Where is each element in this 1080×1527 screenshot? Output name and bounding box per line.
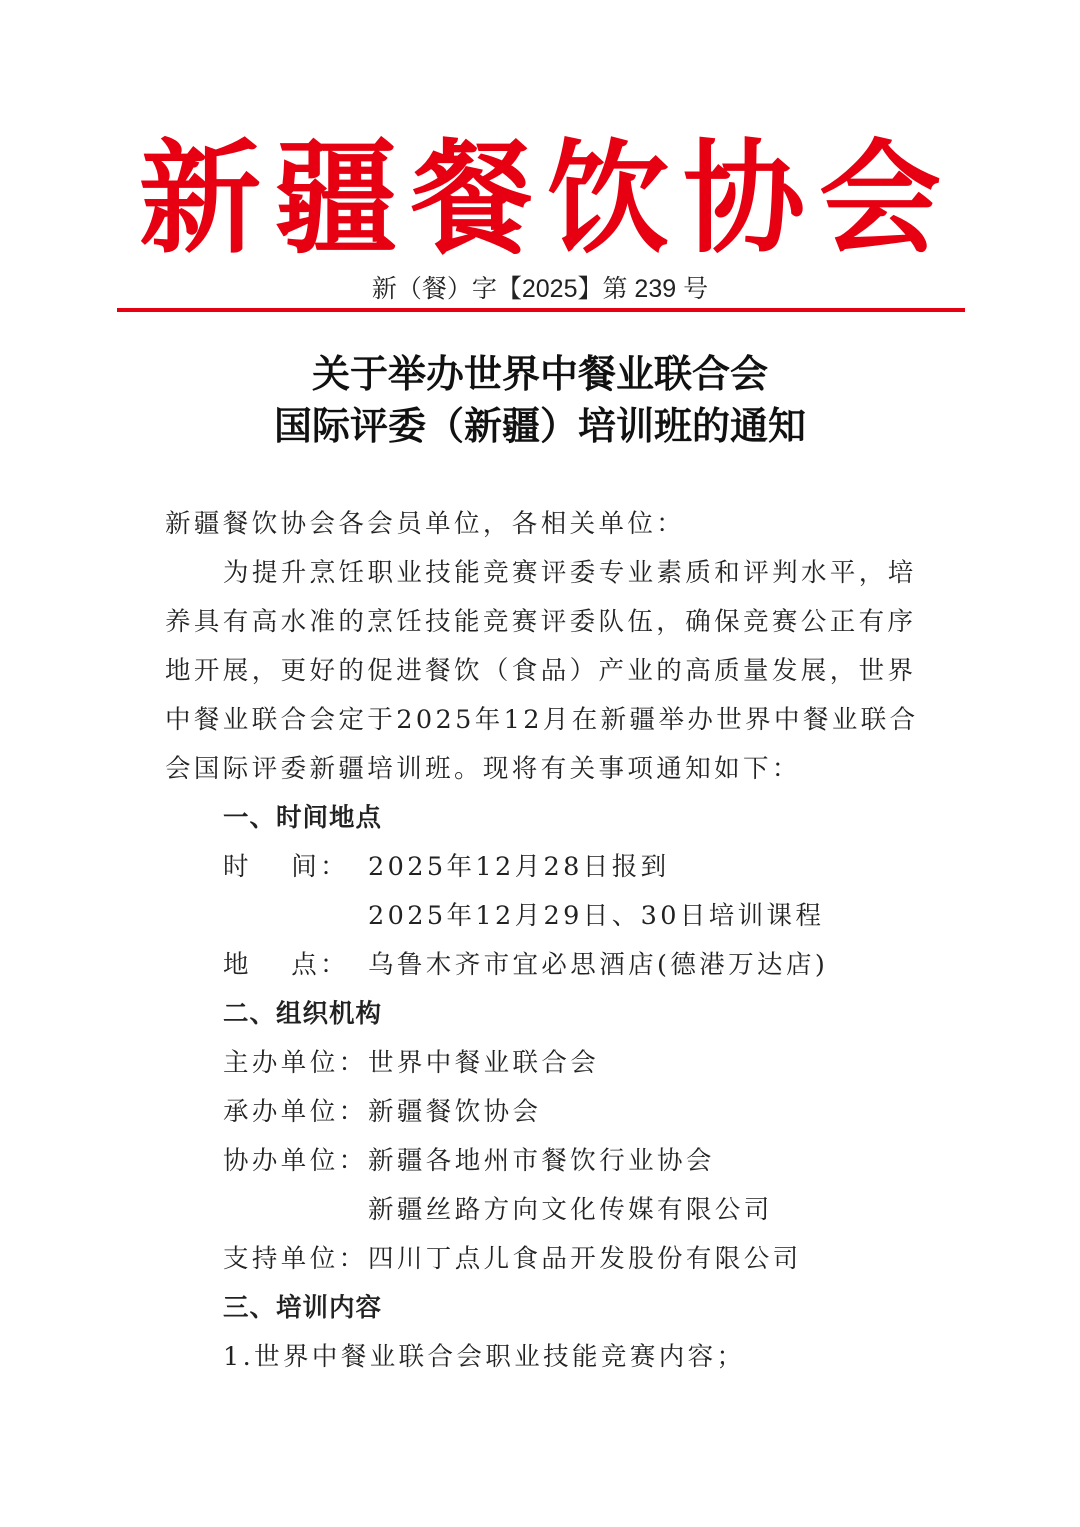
salutation: 新疆餐饮协会各会员单位，各相关单位： xyxy=(165,500,925,549)
section-heading-training-content: 三、培训内容 xyxy=(165,1284,925,1333)
notice-body: 新疆餐饮协会各会员单位，各相关单位： 为提升烹饪职业技能竞赛评委专业素质和评判水… xyxy=(165,500,925,1382)
organizer-row: 承办单位： 新疆餐饮协会 xyxy=(165,1088,925,1137)
section-heading-organization: 二、组织机构 xyxy=(165,990,925,1039)
document-number: 新（餐）字【2025】第 239 号 xyxy=(0,272,1080,306)
organization-masthead: 新疆餐饮协会 xyxy=(0,128,1080,268)
intro-line: 养具有高水准的烹饪技能竞赛评委队伍，确保竞赛公正有序 xyxy=(165,598,925,647)
organizer-value: 新疆餐饮协会 xyxy=(368,1088,541,1137)
time-value-training: 2025年12月29日、30日培训课程 xyxy=(165,892,925,941)
host-label: 主办单位： xyxy=(223,1039,368,1088)
training-item: 1.世界中餐业联合会职业技能竞赛内容； xyxy=(165,1333,925,1382)
time-value-checkin: 2025年12月28日报到 xyxy=(368,843,670,892)
time-row: 时 间： 2025年12月28日报到 xyxy=(165,843,925,892)
place-row: 地 点： 乌鲁木齐市宜必思酒店(德港万达店) xyxy=(165,941,925,990)
intro-line: 为提升烹饪职业技能竞赛评委专业素质和评判水平，培 xyxy=(165,549,925,598)
place-value: 乌鲁木齐市宜必思酒店(德港万达店) xyxy=(368,941,828,990)
section-heading-time-place: 一、时间地点 xyxy=(165,794,925,843)
co-organizer-label: 协办单位： xyxy=(223,1137,368,1186)
host-row: 主办单位： 世界中餐业联合会 xyxy=(165,1039,925,1088)
place-label: 地 点： xyxy=(223,941,349,990)
supporter-value: 四川丁点儿食品开发股份有限公司 xyxy=(368,1235,802,1284)
supporter-row: 支持单位： 四川丁点儿食品开发股份有限公司 xyxy=(165,1235,925,1284)
intro-line: 会国际评委新疆培训班。现将有关事项通知如下： xyxy=(165,745,925,794)
notice-title: 关于举办世界中餐业联合会 国际评委（新疆）培训班的通知 xyxy=(0,348,1080,452)
co-organizer-value-2: 新疆丝路方向文化传媒有限公司 xyxy=(165,1186,925,1235)
intro-line: 地开展，更好的促进餐饮（食品）产业的高质量发展，世界 xyxy=(165,647,925,696)
supporter-label: 支持单位： xyxy=(223,1235,368,1284)
title-line-1: 关于举办世界中餐业联合会 xyxy=(0,348,1080,400)
title-line-2: 国际评委（新疆）培训班的通知 xyxy=(0,400,1080,452)
host-value: 世界中餐业联合会 xyxy=(368,1039,599,1088)
co-organizer-row: 协办单位： 新疆各地州市餐饮行业协会 xyxy=(165,1137,925,1186)
red-divider xyxy=(117,308,965,312)
co-organizer-value-1: 新疆各地州市餐饮行业协会 xyxy=(368,1137,715,1186)
time-label: 时 间： xyxy=(223,843,349,892)
intro-line: 中餐业联合会定于2025年12月在新疆举办世界中餐业联合 xyxy=(165,696,925,745)
organizer-label: 承办单位： xyxy=(223,1088,368,1137)
